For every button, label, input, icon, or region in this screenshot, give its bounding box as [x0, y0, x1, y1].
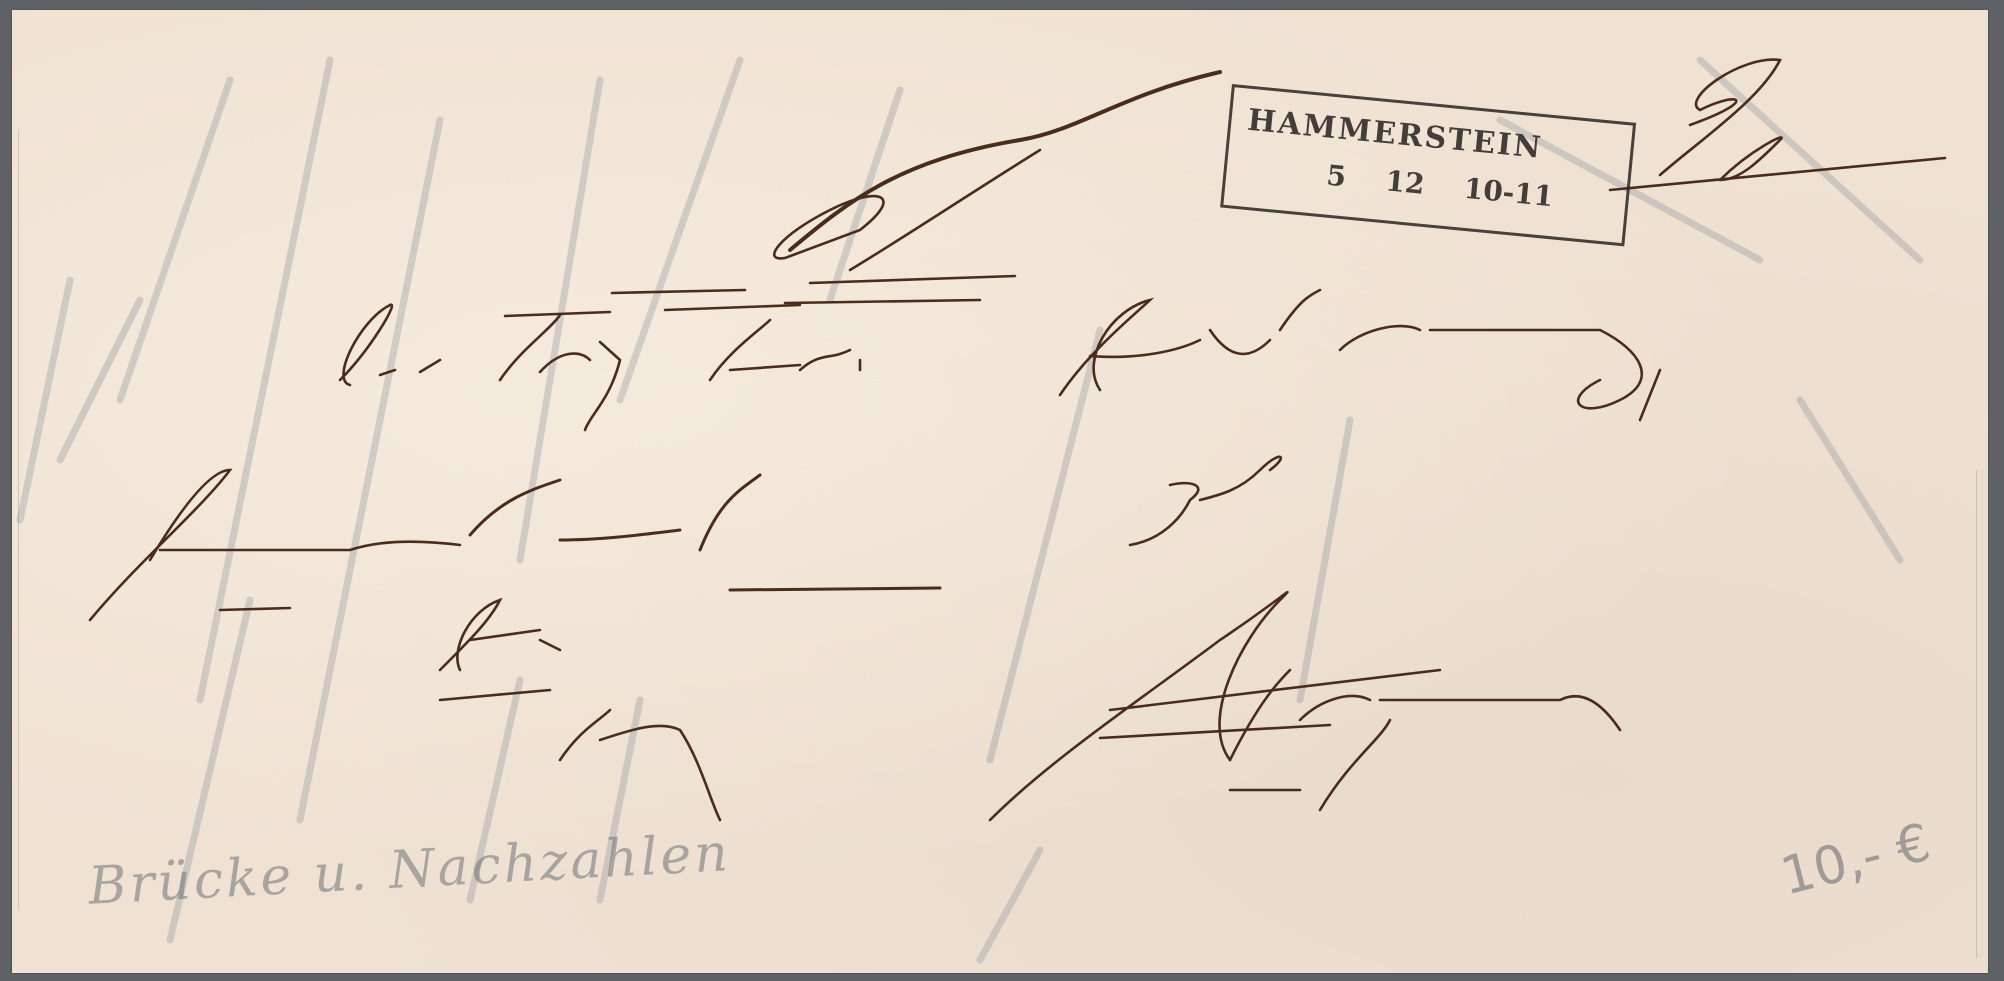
address-line: An Kgl. Kreis [320, 330, 707, 398]
address-line: Oberschlesisches [180, 505, 691, 573]
postmark-day-month: 5 12 [1325, 159, 1426, 201]
ink-strokes [90, 60, 1945, 820]
rate-marking: 3 [1680, 70, 1725, 152]
postmark-town: HAMMERSTEIN [1246, 103, 1544, 166]
address-line: Gerichts Commission [1060, 330, 1686, 398]
manuscript-prefix: Ob [800, 210, 893, 284]
destination: Katscher [1230, 730, 1556, 814]
address-line: Porto [440, 610, 576, 668]
postmark-date: 5 12 10-11 [1325, 159, 1555, 214]
address-line: zu [1140, 470, 1203, 533]
postmark-time: 10-11 [1462, 172, 1554, 213]
